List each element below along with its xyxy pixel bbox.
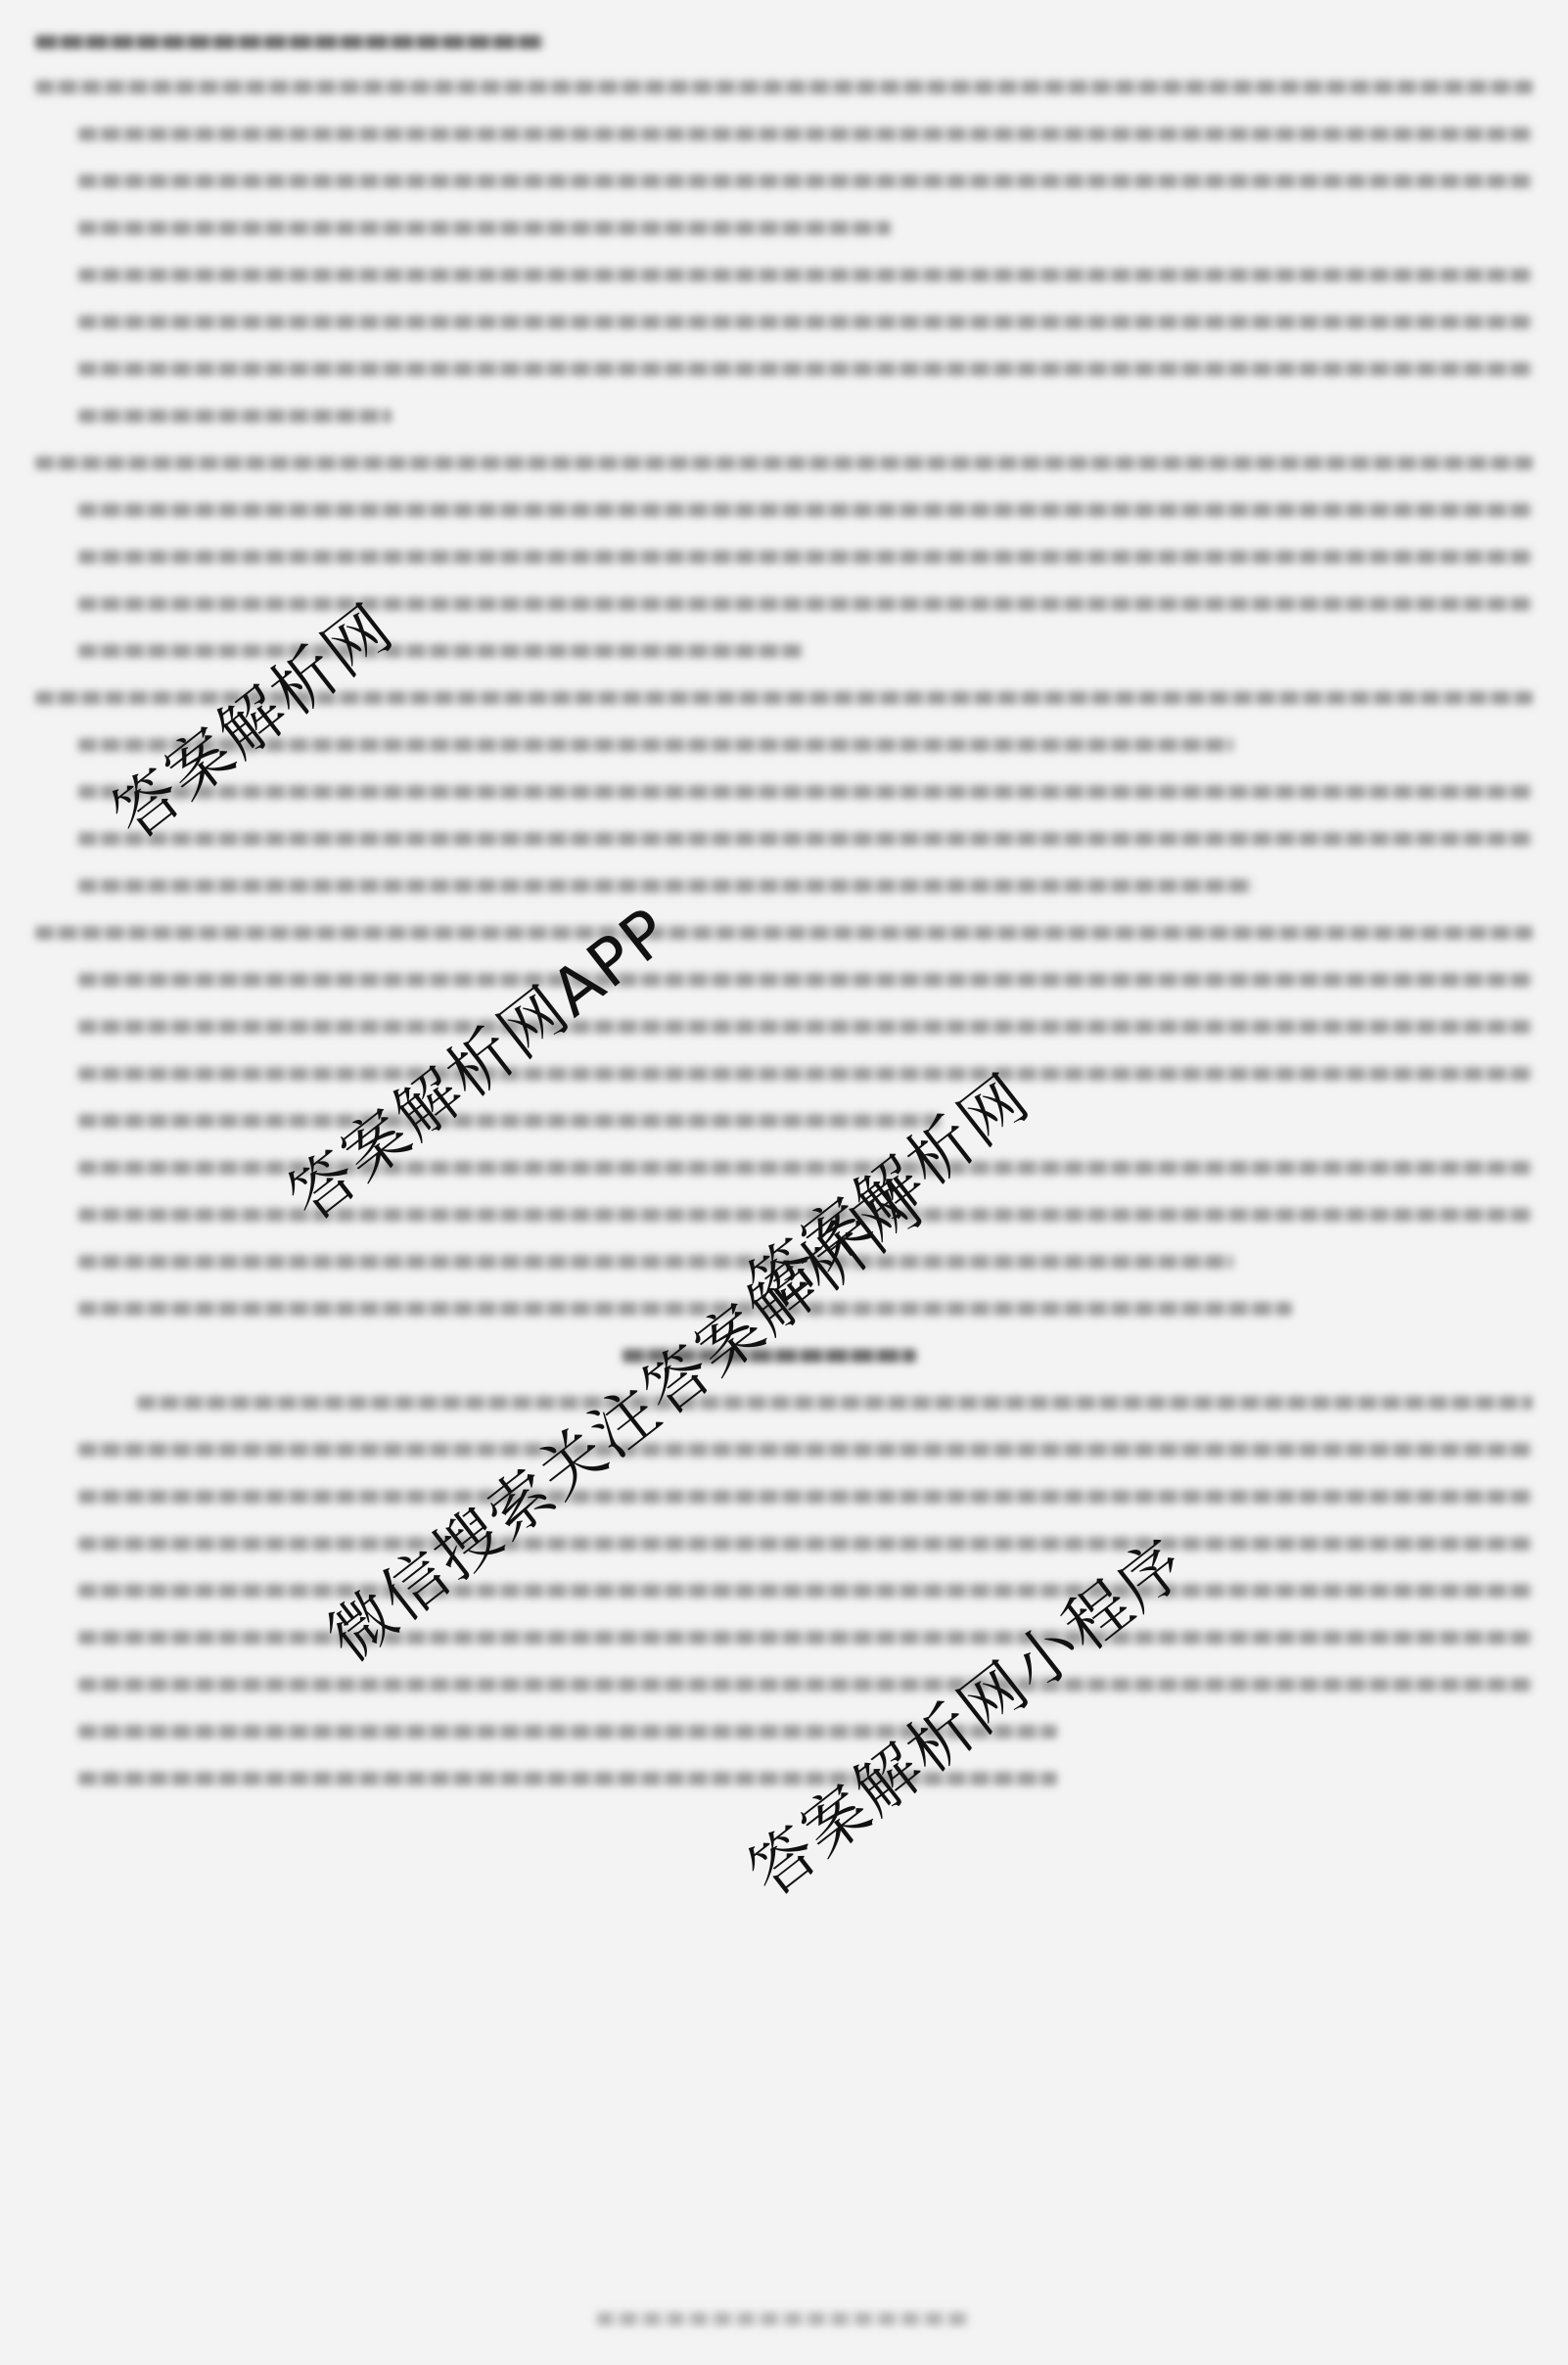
blurred-document (0, 0, 1568, 2365)
text-line (78, 879, 1253, 893)
text-line (78, 503, 1533, 517)
text-line (78, 785, 1533, 799)
text-line (78, 1631, 1533, 1645)
text-line (78, 1067, 1533, 1081)
text-line (78, 1255, 1233, 1269)
text-line (78, 1537, 1533, 1551)
text-line (78, 832, 1533, 846)
text-line (78, 1490, 1533, 1504)
section-heading (35, 35, 544, 49)
text-line (78, 1678, 1533, 1692)
text-line (78, 268, 1533, 282)
text-line (78, 221, 891, 235)
text-line (78, 597, 1533, 611)
text-line (78, 1443, 1533, 1457)
page-footer (597, 2312, 969, 2326)
text-line (78, 127, 1533, 141)
text-line (78, 644, 803, 658)
text-line (137, 1396, 1533, 1410)
text-line (78, 1114, 940, 1128)
text-line (35, 456, 1533, 470)
text-line (78, 1020, 1533, 1034)
text-line (35, 80, 1533, 94)
text-line (35, 926, 1533, 940)
text-line (78, 174, 1533, 188)
text-line (78, 315, 1533, 329)
text-line (78, 1584, 1533, 1598)
text-line (78, 973, 1533, 987)
text-line (78, 409, 392, 423)
text-line (78, 550, 1533, 564)
text-line (78, 362, 1533, 376)
